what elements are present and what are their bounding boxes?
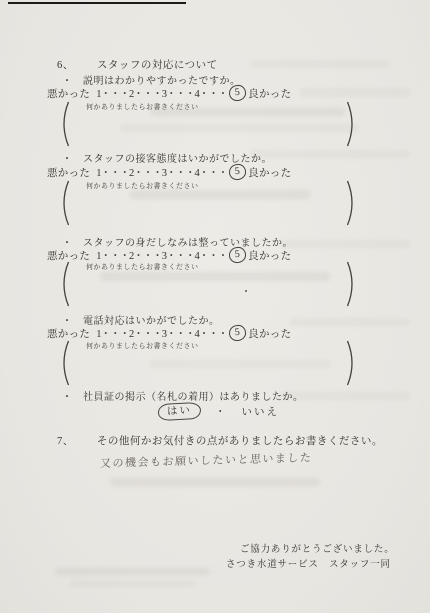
scale-low-label: 悪かった	[47, 165, 90, 180]
bleed-through-mark	[250, 150, 410, 158]
rating-scale-q2: 悪かった 1・・・2・・・3・・・4・・・ 5 良かった	[47, 164, 291, 180]
bleed-through-mark	[280, 392, 410, 400]
scale-high-label: 良かった	[248, 165, 291, 180]
right-bracket-icon	[346, 261, 358, 307]
yesno-separator-dot: ・	[215, 404, 228, 419]
section-6-header: 6、 スタッフの対応について	[57, 57, 218, 72]
rating-scale-q1: 悪かった 1・・・2・・・3・・・4・・・ 5 良かった	[47, 85, 291, 101]
left-bracket-icon	[58, 340, 70, 386]
section-7-number: 7、	[57, 433, 74, 448]
left-bracket-icon	[58, 261, 70, 307]
comment-box-q3: 何かありましたらお書きください	[58, 261, 358, 307]
bleed-through-mark	[110, 478, 320, 486]
stray-ink-dot	[245, 290, 247, 292]
question-label-attitude: ・ スタッフの接客態度はいかがでしたか。	[62, 150, 272, 165]
question-label-id-badge: ・ 社員証の掲示（名札の着用）はありましたか。	[62, 388, 304, 403]
bleed-through-mark	[70, 580, 195, 587]
scan-edge-artifact	[8, 2, 186, 4]
section-6-title: スタッフの対応について	[97, 57, 218, 72]
bleed-through-mark	[150, 360, 330, 368]
selected-rating-circle-q2: 5	[228, 163, 247, 181]
bleed-through-mark	[100, 272, 330, 281]
bleed-through-mark	[120, 124, 360, 132]
bleed-through-mark	[55, 568, 210, 575]
bleed-through-mark	[150, 108, 345, 116]
bleed-through-mark	[130, 190, 310, 199]
comment-hint-label: 何かありましたらお書きください	[86, 262, 199, 272]
handwritten-comment: 又の機会もお願いしたいと思いました	[100, 449, 321, 471]
scale-steps: 1・・・2・・・3・・・4・・・	[96, 326, 227, 341]
scale-high-label: 良かった	[248, 326, 291, 341]
footer-thanks: ご協力ありがとうございました。	[240, 541, 395, 555]
right-bracket-icon	[346, 340, 358, 386]
no-option-label: いいえ	[242, 404, 280, 419]
bleed-through-mark	[290, 318, 410, 326]
scale-low-label: 悪かった	[47, 326, 90, 341]
yesno-row: はい ・ いいえ	[158, 403, 279, 420]
bleed-through-mark	[300, 88, 410, 97]
bleed-through-mark	[280, 240, 410, 248]
scanned-survey-page: 6、 スタッフの対応について ・ 説明はわかりやすかったですか。 悪かった 1・…	[0, 0, 430, 613]
left-bracket-icon	[58, 101, 70, 147]
rating-scale-q4: 悪かった 1・・・2・・・3・・・4・・・ 5 良かった	[47, 325, 291, 341]
footer-signature: さつき水道サービス スタッフ一同	[226, 556, 391, 570]
scale-low-label: 悪かった	[47, 86, 90, 101]
right-bracket-icon	[346, 180, 358, 226]
scale-high-label: 良かった	[248, 86, 291, 101]
scale-steps: 1・・・2・・・3・・・4・・・	[96, 86, 227, 101]
section-7-header: 7、 その他何かお気付きの点がありましたらお書きください。	[57, 433, 383, 448]
section-6-number: 6、	[57, 57, 74, 72]
selected-yes-circle: はい	[158, 402, 202, 421]
comment-box-q2: 何かありましたらお書きください	[58, 180, 358, 226]
comment-hint-label: 何かありましたらお書きください	[86, 341, 199, 351]
scale-steps: 1・・・2・・・3・・・4・・・	[96, 165, 227, 180]
bleed-through-mark	[250, 60, 390, 68]
section-7-title: その他何かお気付きの点がありましたらお書きください。	[97, 433, 383, 448]
selected-rating-circle-q1: 5	[228, 84, 247, 102]
left-bracket-icon	[58, 180, 70, 226]
